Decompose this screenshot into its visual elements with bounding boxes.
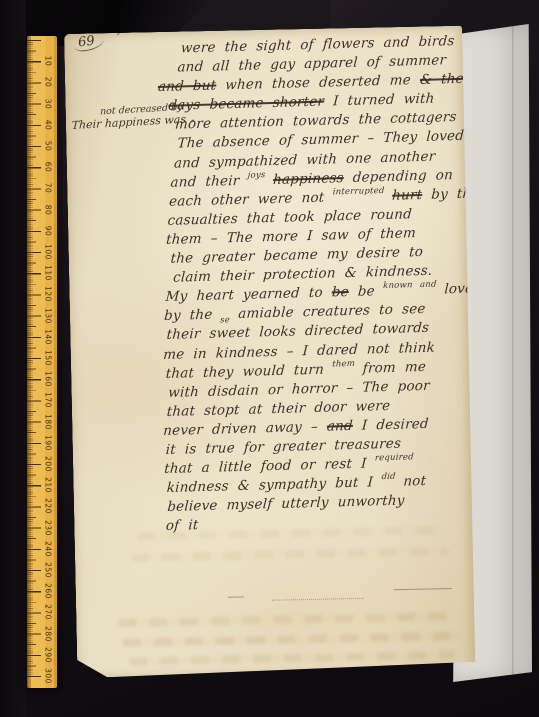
ruler-tick-marks <box>27 40 57 678</box>
ruler-label: 230 <box>44 520 53 536</box>
ruler-label: 300 <box>44 668 53 684</box>
inserted-text: required <box>375 452 414 463</box>
ruler-label: 70 <box>44 183 53 194</box>
struck-text: and but <box>157 78 216 96</box>
ruler-label: 110 <box>44 265 53 281</box>
ruler-label: 200 <box>44 456 53 472</box>
ruler-label: 30 <box>44 98 53 109</box>
handwritten-text: never driven away – <box>163 419 319 439</box>
handwritten-text: each other were not <box>169 189 325 209</box>
handwritten-text: depending on <box>352 167 453 186</box>
faint-pen-dash <box>272 598 364 601</box>
faint-pen-dash <box>394 588 452 590</box>
ruler-label: 90 <box>44 226 53 237</box>
verso-bleedthrough <box>129 651 455 666</box>
ruler-label: 280 <box>44 626 53 642</box>
struck-text: and <box>326 418 353 435</box>
ruler-label: 140 <box>44 329 53 345</box>
handwritten-text: that they would turn <box>165 361 324 381</box>
inserted-text: did <box>381 472 396 482</box>
ruler-label: 220 <box>44 498 53 514</box>
handwritten-text: and their <box>170 173 240 191</box>
ruler-label: 260 <box>44 583 53 599</box>
struck-text: & the <box>419 71 464 88</box>
ruler-label: 40 <box>44 120 53 131</box>
ruler-label: 130 <box>44 308 53 324</box>
ruler-label: 10 <box>44 56 53 67</box>
inserted-text: them <box>332 358 355 369</box>
manuscript-lines: were the sight of flowers and birds and … <box>167 31 489 536</box>
ruler-label: 160 <box>44 371 53 387</box>
ruler-label: 290 <box>44 647 53 663</box>
handwritten-text: My heart yearned to <box>165 285 323 305</box>
handwritten-text: by the <box>164 307 213 324</box>
faint-pen-dash <box>228 596 244 597</box>
ruler-label: 20 <box>44 77 53 88</box>
handwritten-text: not <box>403 473 427 490</box>
ruler-label: 190 <box>44 435 53 451</box>
struck-text: days became shorter <box>168 94 325 114</box>
handwritten-text: I desired <box>361 416 429 434</box>
backdrop-left-edge <box>0 0 26 717</box>
ruler-label: 100 <box>44 244 53 260</box>
handwritten-text: I turned with <box>333 91 435 110</box>
ruler-label: 120 <box>44 286 53 302</box>
ruler-label: 240 <box>44 541 53 557</box>
ruler-label: 80 <box>44 204 53 215</box>
struck-text: hurt <box>392 187 423 204</box>
verso-bleedthrough <box>118 612 448 627</box>
ruler-label: 270 <box>44 604 53 620</box>
inserted-text: interrupted <box>332 186 384 197</box>
handwritten-text: be <box>357 283 375 299</box>
inserted-text: joys <box>247 170 265 180</box>
ruler-label: 150 <box>44 350 53 366</box>
ruler-label: 50 <box>44 141 53 152</box>
ruler-label: 210 <box>44 477 53 493</box>
manuscript-page: 69 ′ not decreased by Their happiness wa… <box>64 26 475 678</box>
inserted-text: known and <box>383 280 437 291</box>
ruler-label: 180 <box>44 414 53 430</box>
struck-text: be <box>331 284 349 300</box>
ruler-label: 250 <box>44 562 53 578</box>
ruler-label: 60 <box>44 162 53 173</box>
struck-text: happiness <box>273 170 345 188</box>
measuring-ruler: 1020304050607080901001101201301401501601… <box>27 36 57 688</box>
verso-bleedthrough <box>131 547 449 562</box>
ruler-label: 170 <box>44 392 53 408</box>
handwritten-text: from me <box>362 358 426 376</box>
verso-bleedthrough <box>123 632 461 647</box>
